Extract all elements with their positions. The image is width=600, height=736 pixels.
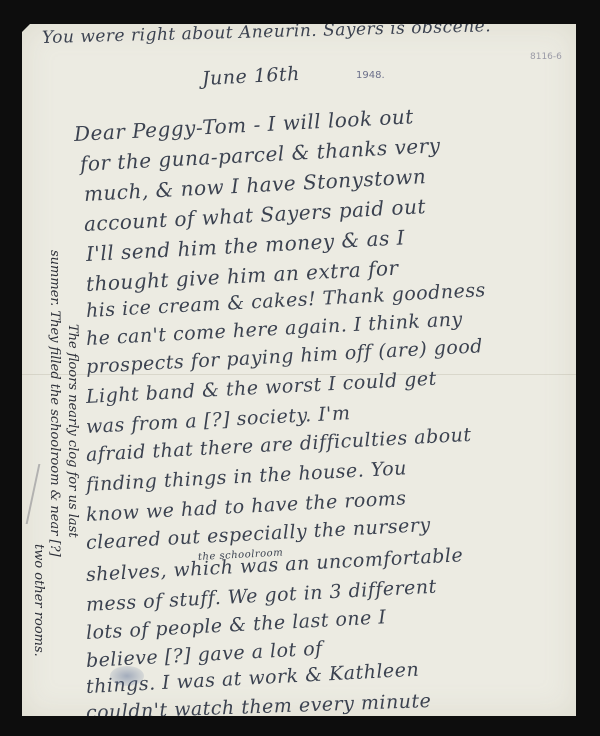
- margin-note-line: summer. They filled the schoolroom & nea…: [47, 250, 62, 557]
- ink-smudge: [110, 666, 144, 686]
- margin-note-line: two other rooms.: [31, 544, 46, 657]
- postscript-line: You were right about Aneurin. Sayers is …: [42, 16, 492, 48]
- letter-year: 1948.: [356, 70, 385, 81]
- letter-page: You were right about Aneurin. Sayers is …: [22, 24, 576, 716]
- letter-date: June 16th: [201, 63, 300, 90]
- margin-note-line: The floors nearly clog for us last: [65, 324, 80, 538]
- archive-reference: 8116-6: [530, 52, 562, 62]
